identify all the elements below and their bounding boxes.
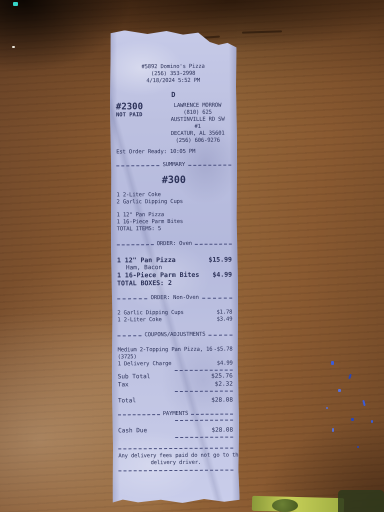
- paint-speck: [326, 407, 328, 409]
- item-price: $15.99: [208, 256, 232, 264]
- tax-value: $2.32: [215, 381, 233, 389]
- dark-green-object: [338, 490, 384, 512]
- order-header-block: #2300 NOT PAID LAWRENCE MORROW (810) 625…: [116, 103, 231, 146]
- white-speck: [12, 46, 15, 48]
- tax-row: Tax $2.32: [118, 381, 233, 390]
- cash-due-label: Cash Due: [118, 427, 147, 435]
- customer-phone: (256) 606-9276: [164, 138, 231, 145]
- paint-speck: [332, 428, 334, 432]
- item-label: 1 12" Pan Pizza: [117, 256, 176, 264]
- olive-object: [272, 499, 298, 512]
- payment-status: NOT PAID: [116, 112, 164, 119]
- receipt: #5892 Domino's Pizza (256) 353-2998 4/18…: [109, 30, 239, 504]
- item-price: $4.99: [212, 271, 232, 279]
- paint-speck: [351, 418, 354, 421]
- line-item-row: 1 16-Piece Parm Bites $4.99: [117, 271, 232, 280]
- photo-scene: #5892 Domino's Pizza (256) 353-2998 4/18…: [0, 0, 384, 512]
- paint-speck: [357, 446, 359, 448]
- delivery-charge-row: 1 Delivery Charge $4.99: [118, 361, 233, 369]
- item-label: 1 2-Liter Coke: [117, 317, 161, 324]
- paint-speck: [371, 420, 373, 423]
- coupon-amount: -$5.78: [214, 347, 233, 354]
- teal-speck: [13, 2, 18, 6]
- section-divider-payments: PAYMENTS: [118, 411, 233, 419]
- summary-order-tag: #300: [116, 175, 231, 187]
- yellow-green-object: [252, 496, 344, 512]
- tax-label: Tax: [118, 381, 129, 389]
- paint-speck: [331, 361, 334, 365]
- subtotal-value: $25.76: [211, 373, 233, 381]
- order-number: #2300: [116, 103, 164, 112]
- cash-due-row: Cash Due $28.08: [118, 427, 233, 436]
- total-value: $28.08: [211, 397, 233, 405]
- charge-amount: $4.99: [217, 361, 233, 368]
- paint-speck: [338, 389, 341, 392]
- coupon-label: Medium 2-Topping Pan Pizza, 16: [118, 347, 213, 355]
- line-item-row: 1 12" Pan Pizza $15.99: [117, 256, 232, 265]
- footer-separator: [118, 470, 233, 473]
- charge-label: 1 Delivery Charge: [118, 361, 172, 368]
- item-price: $3.49: [217, 317, 233, 324]
- cash-due-value: $28.08: [211, 427, 233, 435]
- total-label: Total: [118, 397, 136, 405]
- subtotal-label: Sub Total: [118, 373, 151, 381]
- coupon-row: Medium 2-Topping Pan Pizza, 16 -$5.78: [118, 347, 233, 355]
